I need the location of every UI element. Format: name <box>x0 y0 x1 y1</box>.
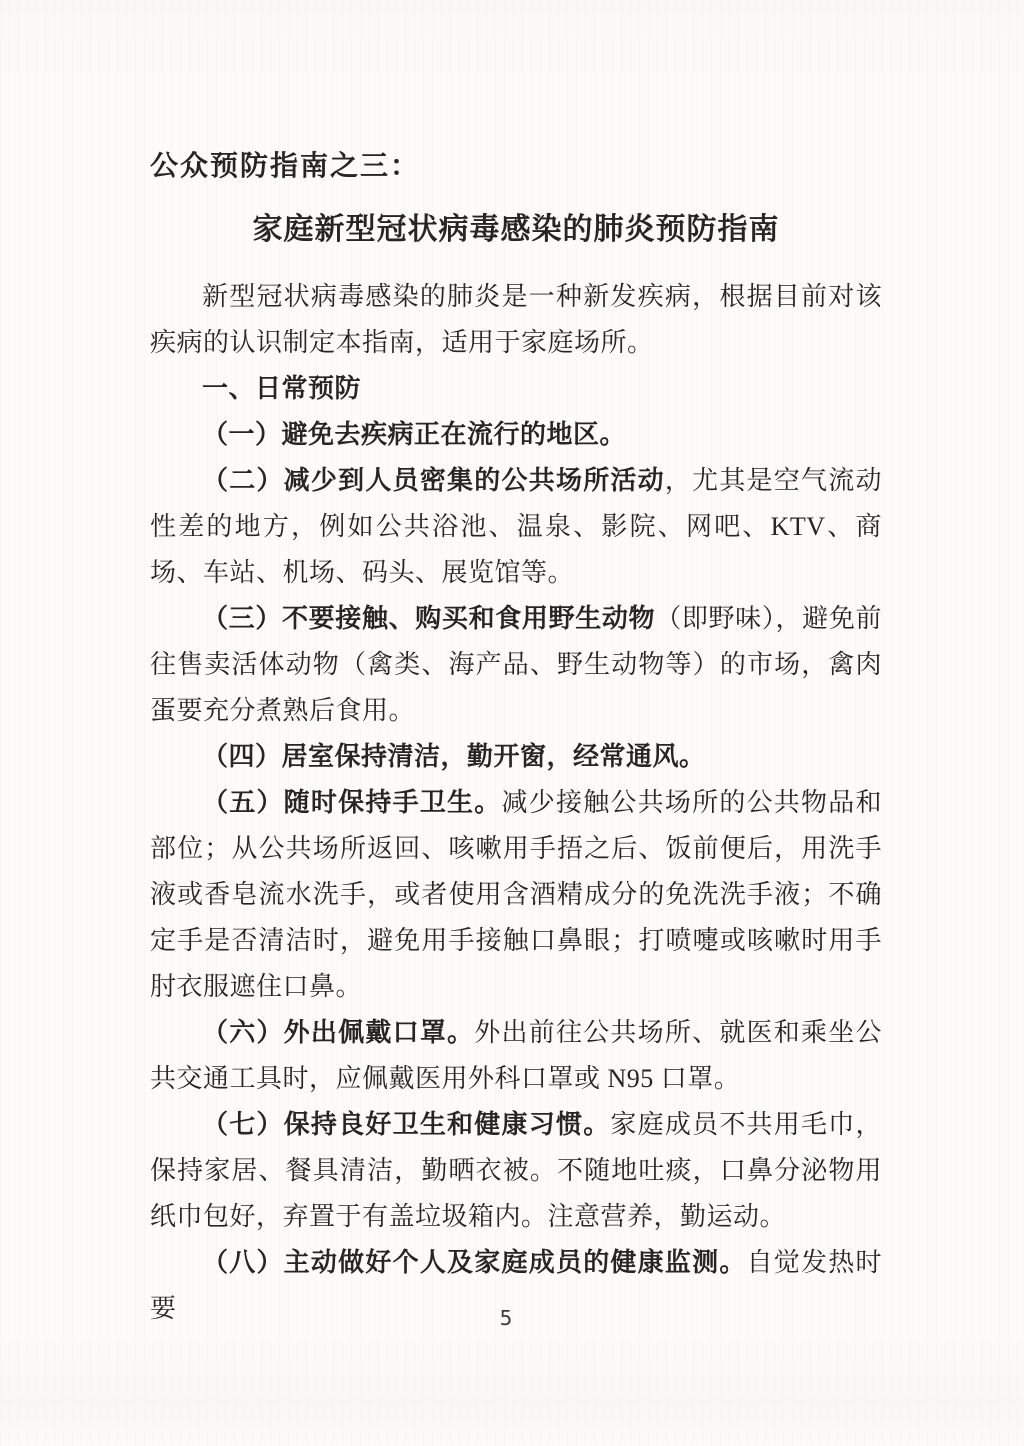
guideline-item: （五）随时保持手卫生。减少接触公共场所的公共物品和部位；从公共场所返回、咳嗽用手… <box>150 780 882 1010</box>
guideline-item: （四）居室保持清洁，勤开窗，经常通风。 <box>150 734 882 780</box>
guideline-item-lead: （四）居室保持清洁，勤开窗，经常通风。 <box>202 742 706 771</box>
guideline-item-lead: （三）不要接触、购买和食用野生动物 <box>202 604 655 633</box>
document-title: 家庭新型冠状病毒感染的肺炎预防指南 <box>150 208 882 252</box>
document-text-block: 新型冠状病毒感染的肺炎是一种新发疾病，根据目前对该疾病的认识制定本指南，适用于家… <box>150 274 882 1332</box>
document-body: 公众预防指南之三： 家庭新型冠状病毒感染的肺炎预防指南 新型冠状病毒感染的肺炎是… <box>150 146 882 1332</box>
intro-paragraph: 新型冠状病毒感染的肺炎是一种新发疾病，根据目前对该疾病的认识制定本指南，适用于家… <box>150 274 882 366</box>
page-number: 5 <box>150 1306 862 1330</box>
guideline-item-text: 减少接触公共场所的公共物品和部位；从公共场所返回、咳嗽用手捂之后、饭前便后，用洗… <box>150 788 882 1001</box>
guideline-item-lead: （一）避免去疾病正在流行的地区。 <box>202 420 626 449</box>
scanned-document-page: { "page": { "kicker": "公众预防指南之三：", "titl… <box>0 0 1024 1446</box>
guideline-item-lead: （八）主动做好个人及家庭成员的健康监测。 <box>202 1248 747 1277</box>
section-heading: 一、日常预防 <box>150 366 882 412</box>
guideline-list: （一）避免去疾病正在流行的地区。（二）减少到人员密集的公共场所活动，尤其是空气流… <box>150 412 882 1332</box>
guideline-item-lead: （六）外出佩戴口罩。 <box>202 1018 474 1047</box>
guideline-item: （一）避免去疾病正在流行的地区。 <box>150 412 882 458</box>
guideline-item: （七）保持良好卫生和健康习惯。家庭成员不共用毛巾，保持家居、餐具清洁，勤晒衣被。… <box>150 1102 882 1240</box>
guideline-item-lead: （七）保持良好卫生和健康习惯。 <box>202 1110 610 1139</box>
guideline-item-lead: （二）减少到人员密集的公共场所活动 <box>202 466 665 495</box>
guideline-item: （三）不要接触、购买和食用野生动物（即野味），避免前往售卖活体动物（禽类、海产品… <box>150 596 882 734</box>
guideline-item: （二）减少到人员密集的公共场所活动，尤其是空气流动性差的地方，例如公共浴池、温泉… <box>150 458 882 596</box>
guideline-item-lead: （五）随时保持手卫生。 <box>202 788 502 817</box>
guideline-item: （六）外出佩戴口罩。外出前往公共场所、就医和乘坐公共交通工具时，应佩戴医用外科口… <box>150 1010 882 1102</box>
document-kicker: 公众预防指南之三： <box>150 146 882 188</box>
